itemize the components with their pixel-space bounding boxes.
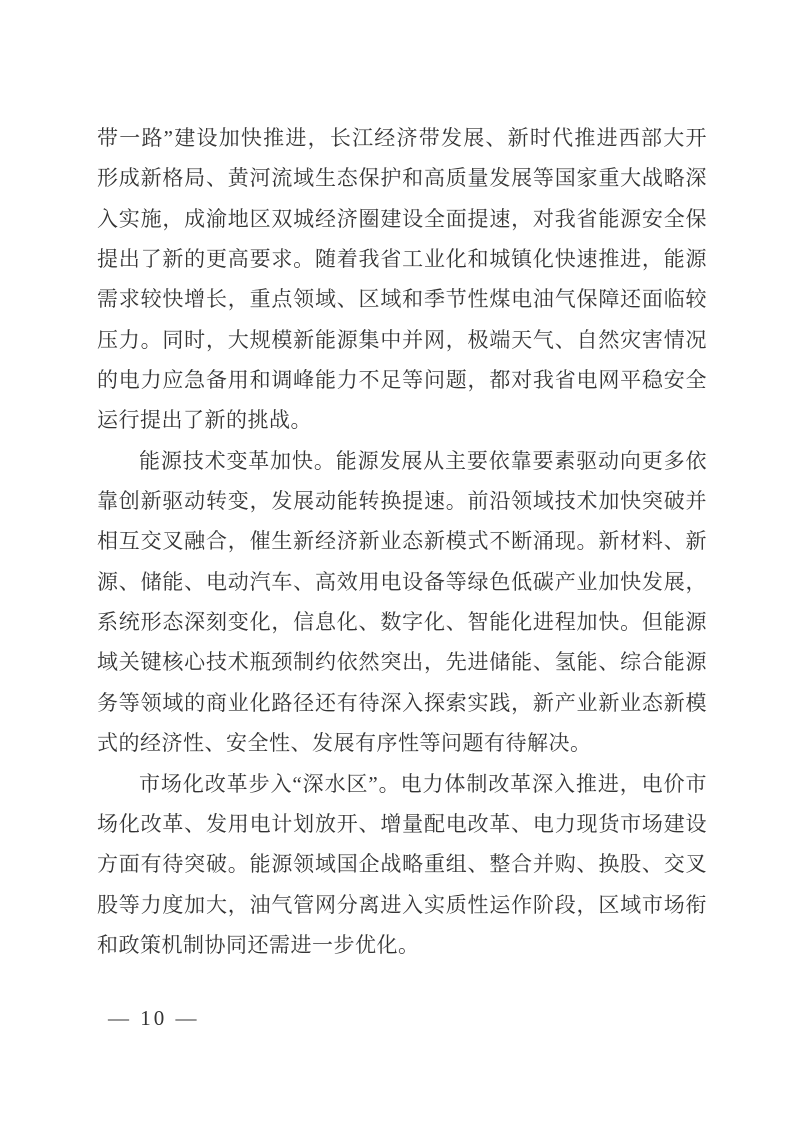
text-line: 带一路”建设加快推进，长江经济带发展、新时代推进西部大开发 (97, 118, 707, 158)
text-line: 股等力度加大，油气管网分离进入实质性运作阶段，区域市场衔接 (97, 885, 707, 925)
document-page: 带一路”建设加快推进，长江经济带发展、新时代推进西部大开发形成新格局、黄河流域生… (0, 0, 800, 1131)
text-line: 源、储能、电动汽车、高效用电设备等绿色低碳产业加快发展，能源 (97, 562, 707, 602)
text-line: 能源技术变革加快。能源发展从主要依靠要素驱动向更多依 (97, 441, 707, 481)
text-line: 务等领域的商业化路径还有待深入探索实践，新产业新业态新模 (97, 683, 707, 723)
text-line: 提出了新的更高要求。随着我省工业化和城镇化快速推进，能源 (97, 239, 707, 279)
text-line: 运行提出了新的挑战。 (97, 400, 707, 440)
text-line: 相互交叉融合，催生新经济新业态新模式不断涌现。新材料、新能 (97, 521, 707, 561)
page-number: — 10 — (108, 1004, 200, 1032)
text-line: 式的经济性、安全性、发展有序性等问题有待解决。 (97, 723, 707, 763)
text-line: 入实施，成渝地区双城经济圈建设全面提速，对我省能源安全保障 (97, 199, 707, 239)
text-line: 市场化改革步入“深水区”。电力体制改革深入推进，电价市 (97, 764, 707, 804)
text-line: 和政策机制协同还需进一步优化。 (97, 925, 707, 965)
text-line: 需求较快增长，重点领域、区域和季节性煤电油气保障还面临较大 (97, 279, 707, 319)
body-text: 带一路”建设加快推进，长江经济带发展、新时代推进西部大开发形成新格局、黄河流域生… (97, 118, 707, 965)
text-line: 压力。同时，大规模新能源集中并网，极端天气、自然灾害情况下 (97, 320, 707, 360)
text-line: 场化改革、发用电计划放开、增量配电改革、电力现货市场建设等 (97, 804, 707, 844)
text-line: 系统形态深刻变化，信息化、数字化、智能化进程加快。但能源领 (97, 602, 707, 642)
text-line: 形成新格局、黄河流域生态保护和高质量发展等国家重大战略深 (97, 158, 707, 198)
text-line: 的电力应急备用和调峰能力不足等问题，都对我省电网平稳安全 (97, 360, 707, 400)
text-line: 方面有待突破。能源领域国企战略重组、整合并购、换股、交叉持 (97, 844, 707, 884)
text-line: 靠创新驱动转变，发展动能转换提速。前沿领域技术加快突破并 (97, 481, 707, 521)
text-line: 域关键核心技术瓶颈制约依然突出，先进储能、氢能、综合能源服 (97, 642, 707, 682)
